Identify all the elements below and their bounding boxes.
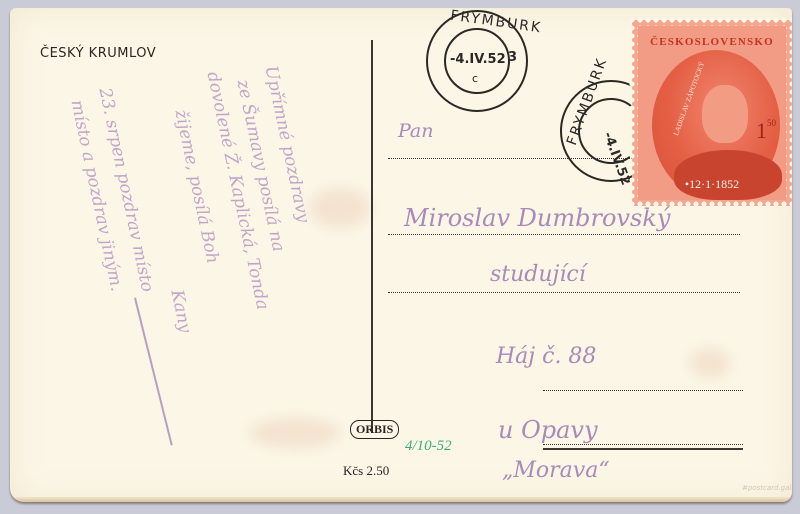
signature: Kany <box>166 288 195 335</box>
stamp-background: ČESKOSLOVENSKO LADISLAV ZÁPOTOCKÝ 150 •1… <box>638 26 786 200</box>
stain <box>310 188 370 228</box>
center-divider <box>371 40 373 433</box>
portrait-face <box>702 85 748 143</box>
price-label: Kčs 2.50 <box>343 463 389 479</box>
pencil-note: 4/10-52 <box>405 438 452 455</box>
portrait-coat <box>674 150 782 200</box>
address-line <box>543 390 743 391</box>
stamp-country: ČESKOSLOVENSKO <box>638 36 786 48</box>
stamp-date: •12·1·1852 <box>638 177 786 192</box>
stamp-portrait-name: LADISLAV ZÁPOTOCKÝ <box>672 61 706 137</box>
publisher-logo: ORBIS <box>350 420 399 439</box>
stain <box>690 348 730 378</box>
address-underline <box>543 448 743 450</box>
address-line <box>388 234 740 235</box>
postmark: FRYMBURK -4.IV.52 3 c <box>426 10 528 112</box>
card-title: ČESKÝ KRUMLOV <box>40 46 156 61</box>
signature-underline <box>134 298 173 446</box>
address-line <box>388 292 740 293</box>
postmark-date: -4.IV.52 <box>450 52 506 67</box>
postcard: ČESKÝ KRUMLOV Upřímné pozdravy ze Šumavy… <box>10 8 792 502</box>
address-line <box>543 444 743 445</box>
address-city: u Opavy <box>498 416 598 444</box>
address-street: Háj č. 88 <box>496 344 596 369</box>
postmark-code: c <box>472 72 478 85</box>
stamp-value-main: 1 <box>756 118 767 143</box>
address-occupation: studující <box>490 262 586 287</box>
address-salutation: Pan <box>398 120 434 142</box>
address-region: „Morava“ <box>502 458 610 483</box>
watermark: #postcard.gallery <box>742 484 792 492</box>
stamp-value-fraction: 50 <box>767 118 776 128</box>
stamp-value: 150 <box>756 118 776 144</box>
postmark-hour: 3 <box>508 50 517 65</box>
stain <box>250 418 340 448</box>
postage-stamp: ČESKOSLOVENSKO LADISLAV ZÁPOTOCKÝ 150 •1… <box>632 20 792 206</box>
